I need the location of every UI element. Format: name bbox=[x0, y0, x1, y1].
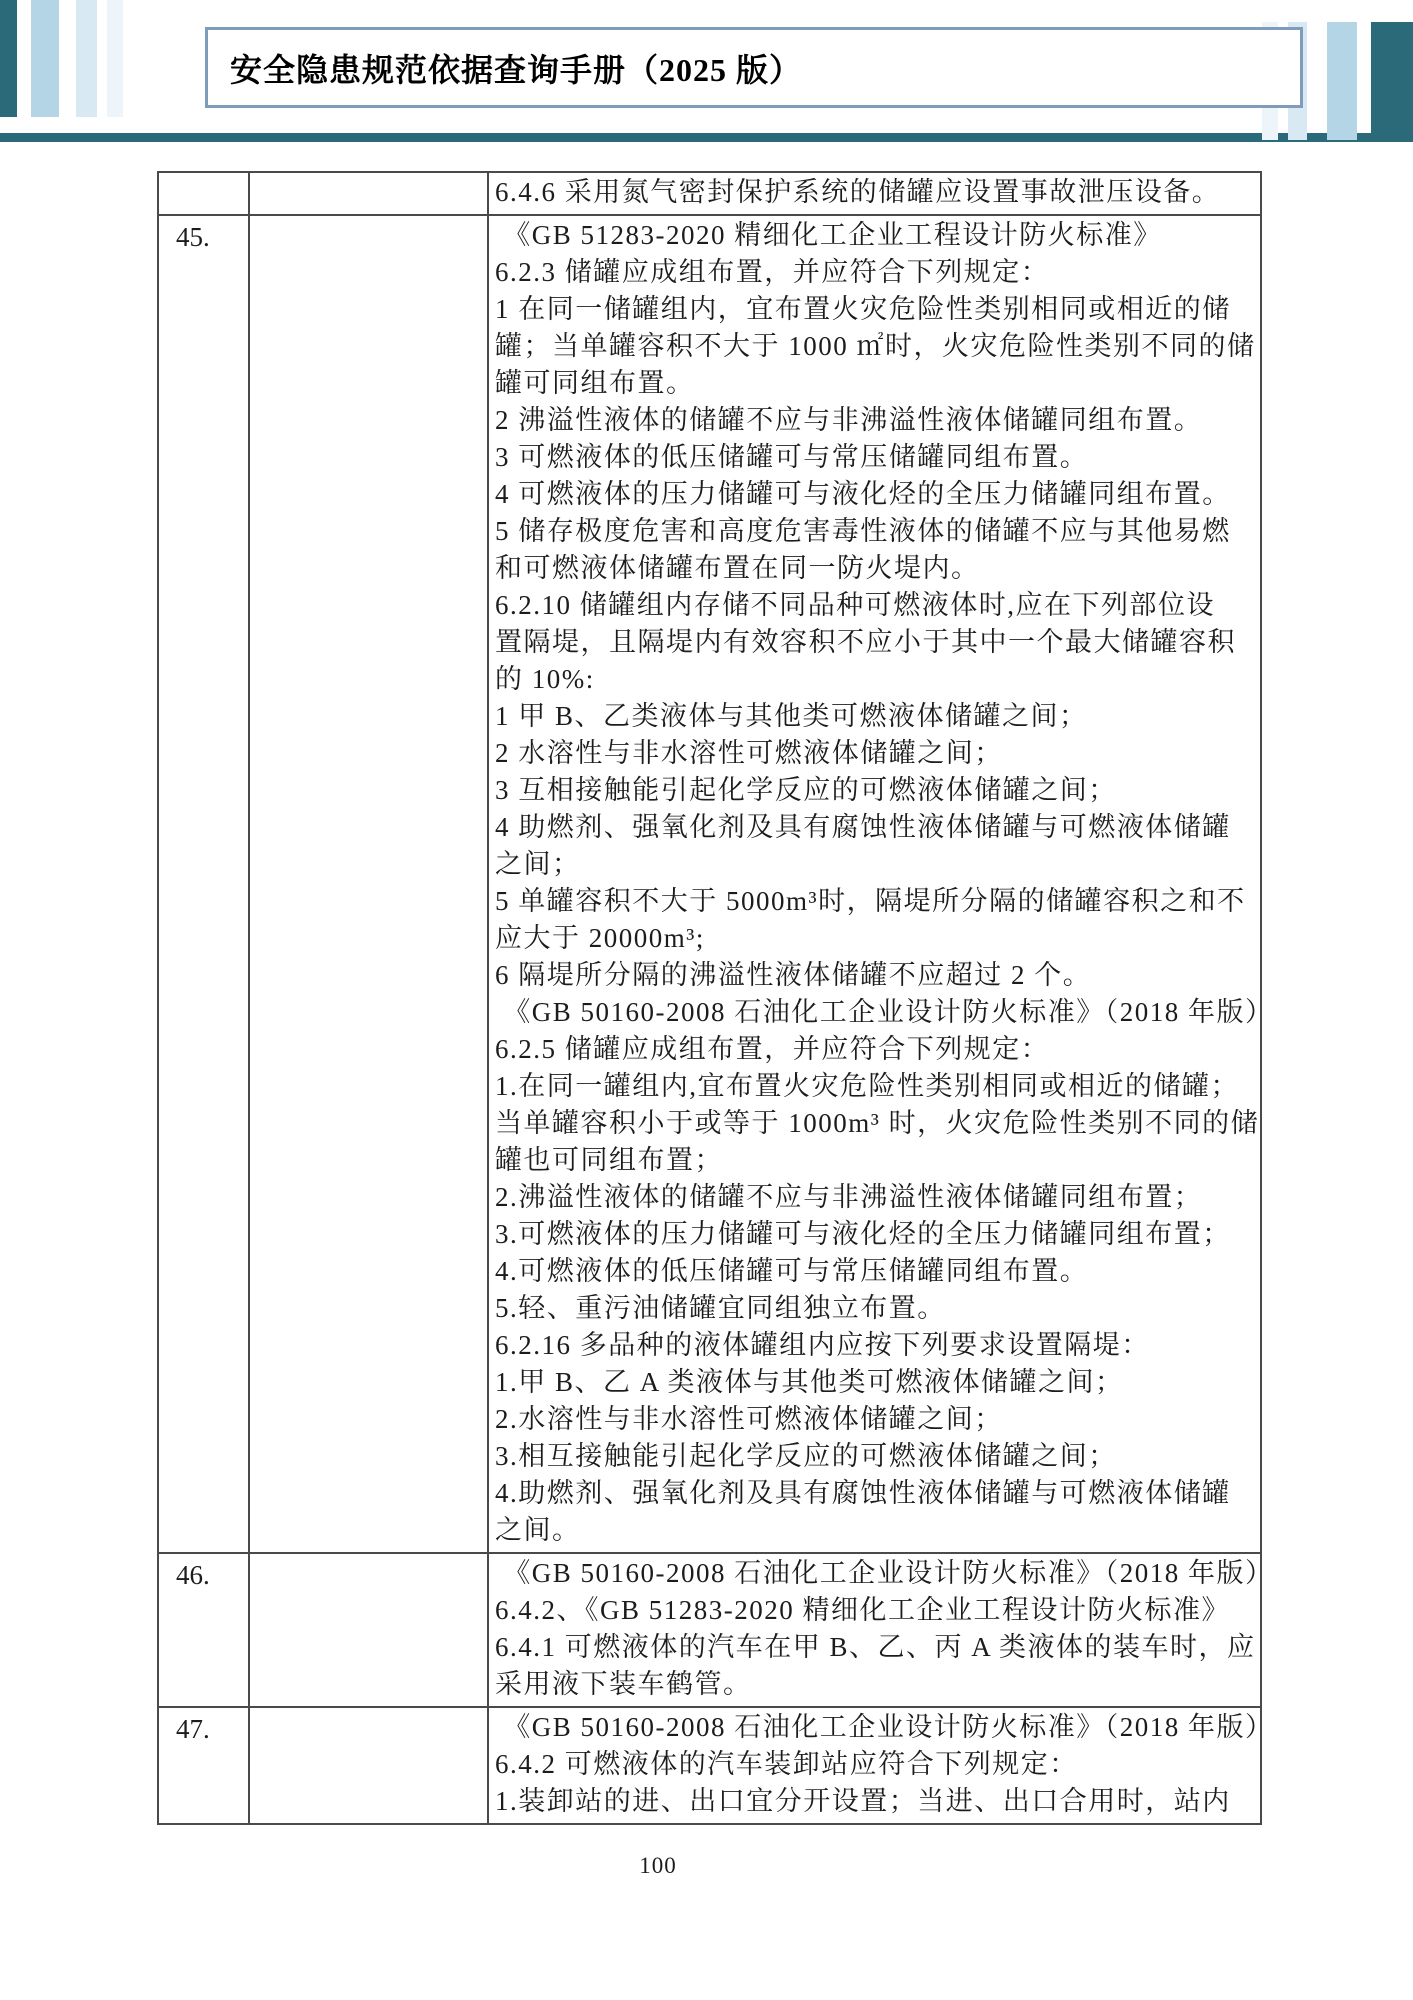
decor-stripe-left-3 bbox=[107, 0, 123, 117]
decor-stripe-left-1 bbox=[31, 0, 59, 117]
decor-bar-dark-right bbox=[1371, 22, 1413, 141]
decor-bar-dark-left bbox=[0, 0, 17, 117]
regulation-text-cell: 《GB 50160-2008 石油化工企业设计防火标准》（2018 年版） 6.… bbox=[489, 1554, 1260, 1706]
row-number-cell: 45. bbox=[159, 216, 250, 1552]
table-row: 45. 《GB 51283-2020 精细化工企业工程设计防火标准》 6.2.3… bbox=[159, 216, 1260, 1554]
row-empty-cell bbox=[250, 173, 489, 214]
decor-stripe-left-2 bbox=[76, 0, 97, 117]
row-number-cell: 47. bbox=[159, 1708, 250, 1823]
document-page: 安全隐患规范依据查询手册（2025 版） 6.4.6 采用氮气密封保护系统的储罐… bbox=[0, 0, 1413, 2000]
row-number-cell bbox=[159, 173, 250, 214]
row-empty-cell bbox=[250, 216, 489, 1552]
regulation-text-cell: 6.4.6 采用氮气密封保护系统的储罐应设置事故泄压设备。 bbox=[489, 173, 1260, 214]
page-number: 100 bbox=[598, 1853, 718, 1879]
header-title-box: 安全隐患规范依据查询手册（2025 版） bbox=[205, 27, 1303, 108]
row-number-cell: 46. bbox=[159, 1554, 250, 1706]
row-empty-cell bbox=[250, 1554, 489, 1706]
page-title: 安全隐患规范依据查询手册（2025 版） bbox=[230, 45, 802, 91]
regulation-reference-table: 6.4.6 采用氮气密封保护系统的储罐应设置事故泄压设备。 45. 《GB 51… bbox=[157, 171, 1262, 1825]
table-row: 46. 《GB 50160-2008 石油化工企业设计防火标准》（2018 年版… bbox=[159, 1554, 1260, 1708]
regulation-text-cell: 《GB 51283-2020 精细化工企业工程设计防火标准》 6.2.3 储罐应… bbox=[489, 216, 1260, 1552]
decor-stripe-right-1 bbox=[1327, 22, 1357, 140]
table-row: 6.4.6 采用氮气密封保护系统的储罐应设置事故泄压设备。 bbox=[159, 173, 1260, 216]
row-empty-cell bbox=[250, 1708, 489, 1823]
header-divider-rule bbox=[0, 133, 1413, 142]
regulation-text-cell: 《GB 50160-2008 石油化工企业设计防火标准》（2018 年版） 6.… bbox=[489, 1708, 1260, 1823]
table-row: 47. 《GB 50160-2008 石油化工企业设计防火标准》（2018 年版… bbox=[159, 1708, 1260, 1825]
